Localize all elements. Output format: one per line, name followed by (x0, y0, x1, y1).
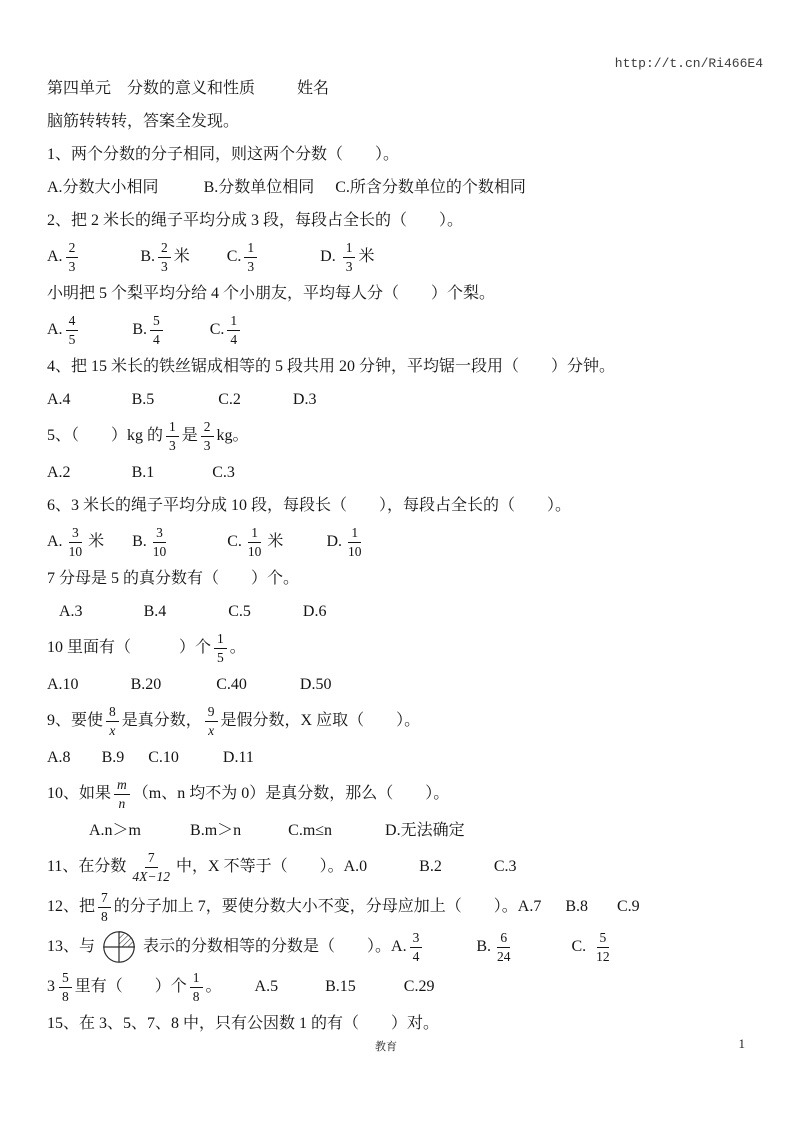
text-run: D. (326, 532, 342, 552)
text-run: A. (47, 532, 63, 552)
fraction: 310 (66, 525, 86, 558)
text-run: 米 (358, 247, 374, 267)
question-2: 2、把 2 米长的绳子平均分成 3 段，每段占全长的（ ）。 (47, 204, 757, 237)
spacer (79, 684, 131, 685)
text-run: B.20 (131, 675, 162, 695)
fraction: 15 (214, 631, 227, 664)
text-run: B. (140, 247, 155, 267)
fraction-denominator: n (116, 795, 129, 811)
text-run: 。 (206, 977, 222, 997)
question-9-options: A.8B.9C.10D.11 (47, 741, 757, 774)
fraction-numerator: 2 (66, 240, 79, 257)
fraction-numerator: 9 (205, 704, 218, 721)
text-run: D.50 (300, 675, 332, 695)
text-run: D. (320, 247, 340, 267)
fraction-numerator: 5 (59, 970, 72, 987)
page-footer: 教育 1 (47, 1036, 763, 1060)
text-run: B.1 (132, 463, 155, 483)
fraction: 45 (66, 313, 79, 346)
fraction: 9x (205, 704, 218, 737)
text-run: B.9 (102, 748, 125, 768)
question-11: 11、在分数74X−12中，X 不等于（ ）。A.0B.2C.3 (47, 847, 757, 887)
spacer (241, 830, 288, 831)
fraction-numerator: 7 (145, 850, 158, 867)
text-run: 9、要使 (47, 711, 103, 731)
spacer (278, 987, 325, 988)
text-run: B.5 (132, 390, 155, 410)
text-run: 里有（ ）个 (75, 977, 187, 997)
fraction-denominator: 4 (227, 331, 240, 347)
spacer (332, 830, 385, 831)
question-3-options: A.45B.54C.14 (47, 310, 757, 350)
fraction: mn (114, 777, 130, 810)
spacer (161, 684, 216, 685)
text-run: A.3 (59, 602, 83, 622)
text-run: C.m≤n (288, 821, 332, 841)
text-run: B. (476, 937, 491, 957)
fraction-denominator: 24 (494, 948, 514, 964)
spacer (154, 399, 218, 400)
text-run: C. (572, 937, 591, 957)
fraction: 8x (106, 704, 119, 737)
question-7-options: A.3B.4C.5D.6 (47, 595, 757, 628)
mixed-number: 358 (47, 970, 75, 1003)
fraction-denominator: 3 (158, 258, 171, 274)
text-run: B.4 (144, 602, 167, 622)
fraction-denominator: 12 (593, 948, 613, 964)
fraction-denominator: 3 (244, 258, 257, 274)
fraction: 18 (190, 970, 203, 1003)
spacer (517, 947, 572, 948)
question-3: 小明把 5 个梨平均分给 4 个小朋友，平均每人分（ ）个梨。 (47, 277, 757, 310)
text-run: B.m＞n (190, 821, 241, 841)
spacer (260, 257, 320, 258)
fraction-numerator: 6 (497, 930, 510, 947)
circle-fraction-diagram (100, 929, 138, 965)
fraction-numerator: 1 (190, 970, 203, 987)
fraction-numerator: 1 (343, 240, 356, 257)
fraction: 14 (227, 313, 240, 346)
question-5: 5、（ ）kg 的13是23kg。 (47, 416, 757, 456)
spacer (71, 472, 132, 473)
fraction-numerator: 1 (248, 525, 261, 542)
fraction: 34 (410, 930, 423, 963)
question-4-options: A.4B.5C.2D.3 (47, 383, 757, 416)
text-run: C.所含分数单位的个数相同 (335, 178, 526, 198)
spacer (247, 684, 300, 685)
fraction-denominator: 10 (150, 543, 170, 559)
text-run: 中，X 不等于（ ）。A.0 (176, 857, 367, 877)
fraction-denominator: x (106, 722, 118, 738)
fraction: 110 (345, 525, 365, 558)
fraction: 512 (593, 930, 613, 963)
question-14: 358里有（ ）个18。A.5B.15C.29 (47, 967, 757, 1007)
text-run: A.2 (47, 463, 71, 483)
text-run: C. (210, 320, 225, 340)
text-run: B.15 (325, 977, 356, 997)
text-run: 是 (182, 426, 198, 446)
text-run: 的分子加上 7，要使分数大小不变，分母应加上（ ）。A.7 (114, 897, 542, 917)
fraction-denominator: 3 (166, 437, 179, 453)
spacer (222, 987, 255, 988)
fraction-denominator: 8 (190, 988, 203, 1004)
text-run: 10 里面有（ ）个 (47, 638, 211, 658)
text-run: 米 (88, 532, 104, 552)
fraction-numerator: 3 (153, 525, 166, 542)
text-run: 小明把 5 个梨平均分给 4 个小朋友，平均每人分（ ）个梨。 (47, 284, 495, 304)
text-run: 4、把 15 米长的铁丝锯成相等的 5 段共用 20 分钟，平均锯一段用（ ）分… (47, 357, 615, 377)
fraction: 13 (166, 419, 179, 452)
fraction: 78 (98, 890, 111, 923)
spacer (124, 757, 148, 758)
spacer (179, 757, 223, 758)
fraction-numerator: 5 (597, 930, 610, 947)
question-6-options: A.310米B.310C.110米D.110 (47, 522, 757, 562)
fraction-denominator: 3 (343, 258, 356, 274)
question-2-options: A.23B.23米C.13D. 13米 (47, 237, 757, 277)
text-run: A. (47, 247, 63, 267)
text-run: C.3 (494, 857, 517, 877)
text-run: 第四单元 分数的意义和性质 (47, 79, 255, 99)
fraction-numerator: 3 (69, 525, 82, 542)
question-8-options: A.10B.20C.40D.50 (47, 668, 757, 701)
text-run: 7 分母是 5 的真分数有（ ）个。 (47, 569, 299, 589)
question-7: 7 分母是 5 的真分数有（ ）个。 (47, 562, 757, 595)
fraction-numerator: 2 (201, 419, 214, 436)
spacer (255, 88, 297, 89)
text-run: A.8 (47, 748, 71, 768)
spacer (283, 542, 326, 543)
question-4: 4、把 15 米长的铁丝锯成相等的 5 段共用 20 分钟，平均锯一段用（ ）分… (47, 350, 757, 383)
text-run: C. (227, 532, 242, 552)
fraction-denominator: 10 (345, 543, 365, 559)
fraction-numerator: m (114, 777, 130, 794)
fraction: 13 (343, 240, 356, 273)
fraction: 23 (201, 419, 214, 452)
question-8: 10 里面有（ ）个15。 (47, 628, 757, 668)
fraction-numerator: 1 (166, 419, 179, 436)
text-run: 1、两个分数的分子相同，则这两个分数（ ）。 (47, 145, 399, 165)
footer-label: 教育 (375, 1038, 397, 1054)
fraction-denominator: 4 (150, 331, 163, 347)
spacer (154, 472, 212, 473)
spacer (251, 611, 303, 612)
question-10: 10、如果mn（m、n 均不为 0）是真分数，那么（ ）。 (47, 774, 757, 814)
short-url-watermark: http://t.cn/Ri466E4 (615, 56, 763, 71)
fraction-denominator: x (205, 722, 217, 738)
spacer (241, 399, 293, 400)
text-run: B. (132, 320, 147, 340)
fraction-numerator: 1 (214, 631, 227, 648)
text-run: 10、如果 (47, 784, 111, 804)
circle-fraction-svg (100, 929, 138, 965)
text-run: C.29 (404, 977, 435, 997)
spacer (367, 867, 419, 868)
fraction-denominator: 8 (59, 988, 72, 1004)
spacer (314, 187, 335, 188)
fraction-denominator: 8 (98, 908, 111, 924)
text-run: D.3 (293, 390, 317, 410)
text-run: 12、把 (47, 897, 95, 917)
fraction-denominator: 3 (201, 437, 214, 453)
text-run: A.4 (47, 390, 71, 410)
fraction: 23 (158, 240, 171, 273)
spacer (588, 907, 617, 908)
text-run: A.分数大小相同 (47, 178, 159, 198)
text-run: A.5 (255, 977, 279, 997)
text-run: 米 (174, 247, 190, 267)
spacer (141, 830, 190, 831)
fraction-numerator: 1 (348, 525, 361, 542)
text-run: A.10 (47, 675, 79, 695)
fraction: 110 (245, 525, 265, 558)
worksheet-page: http://t.cn/Ri466E4 第四单元 分数的意义和性质姓名脑筋转转转… (0, 0, 793, 1122)
text-run: 5、（ ）kg 的 (47, 426, 163, 446)
text-run: D.11 (223, 748, 254, 768)
text-run: 6、3 米长的绳子平均分成 10 段，每段长（ ），每段占全长的（ ）。 (47, 496, 571, 516)
fraction: 54 (150, 313, 163, 346)
question-1: 1、两个分数的分子相同，则这两个分数（ ）。 (47, 138, 757, 171)
fraction-numerator: 7 (98, 890, 111, 907)
text-run: 姓名 (297, 79, 329, 99)
mixed-number-whole: 3 (47, 977, 55, 997)
text-run: B.分数单位相同 (204, 178, 315, 198)
text-run: D.无法确定 (385, 821, 465, 841)
fraction-denominator: 5 (66, 331, 79, 347)
fraction-numerator: 1 (244, 240, 257, 257)
fraction-denominator: 3 (66, 258, 79, 274)
text-run: 13、与 (47, 937, 95, 957)
text-run: 表示的分数相等的分数是（ ）。A. (143, 937, 407, 957)
spacer (71, 757, 102, 758)
text-run: 是真分数， (122, 711, 202, 731)
text-run: C.40 (216, 675, 247, 695)
question-9: 9、要使8x是真分数，9x是假分数，X 应取（ ）。 (47, 701, 757, 741)
text-run: A. (47, 320, 63, 340)
fraction: 74X−12 (129, 850, 173, 883)
title-line: 第四单元 分数的意义和性质姓名 (47, 72, 757, 105)
fraction: 13 (244, 240, 257, 273)
question-13: 13、与表示的分数相等的分数是（ ）。A.34B.624C. 512 (47, 927, 757, 967)
text-run: C.10 (148, 748, 179, 768)
spacer (71, 399, 132, 400)
text-run: B.8 (565, 897, 588, 917)
question-5-options: A.2B.1C.3 (47, 456, 757, 489)
text-run: B.2 (419, 857, 442, 877)
spacer (83, 611, 144, 612)
text-run: （m、n 均不为 0）是真分数，那么（ ）。 (133, 784, 449, 804)
fraction: 624 (494, 930, 514, 963)
spacer (81, 330, 132, 331)
text-run: 。 (230, 638, 246, 658)
spacer (159, 187, 204, 188)
text-run: C.3 (212, 463, 235, 483)
question-1-options: A.分数大小相同B.分数单位相同C.所含分数单位的个数相同 (47, 171, 757, 204)
fraction-numerator: 8 (106, 704, 119, 721)
text-run: C.9 (617, 897, 640, 917)
spacer (190, 257, 227, 258)
text-run: 是假分数，X 应取（ ）。 (221, 711, 421, 731)
fraction-denominator: 4X−12 (129, 868, 173, 884)
spacer (442, 867, 494, 868)
spacer (541, 907, 565, 908)
text-run: C.2 (218, 390, 241, 410)
fraction-denominator: 4 (410, 948, 423, 964)
page-number: 1 (739, 1036, 746, 1052)
text-run: 2、把 2 米长的绳子平均分成 3 段，每段占全长的（ ）。 (47, 211, 463, 231)
text-run: C.5 (228, 602, 251, 622)
fraction-numerator: 3 (410, 930, 423, 947)
document-content: 第四单元 分数的意义和性质姓名脑筋转转转，答案全发现。1、两个分数的分子相同，则… (47, 72, 757, 1040)
fraction-numerator: 5 (150, 313, 163, 330)
fraction-numerator: 4 (66, 313, 79, 330)
text-run: 脑筋转转转，答案全发现。 (47, 112, 239, 132)
text-run: kg。 (217, 426, 249, 446)
text-run: 11、在分数 (47, 857, 126, 877)
spacer (166, 330, 210, 331)
text-run: B. (132, 532, 147, 552)
text-run: 15、在 3、5、7、8 中，只有公因数 1 的有（ ）对。 (47, 1014, 439, 1034)
fraction: 310 (150, 525, 170, 558)
text-run: A.n＞m (89, 821, 141, 841)
fraction-denominator: 10 (245, 543, 265, 559)
fraction-denominator: 5 (214, 649, 227, 665)
intro-line: 脑筋转转转，答案全发现。 (47, 105, 757, 138)
spacer (172, 542, 227, 543)
question-6: 6、3 米长的绳子平均分成 10 段，每段长（ ），每段占全长的（ ）。 (47, 489, 757, 522)
spacer (356, 987, 404, 988)
spacer (81, 257, 140, 258)
fraction: 23 (66, 240, 79, 273)
fraction-numerator: 2 (158, 240, 171, 257)
spacer (425, 947, 476, 948)
fraction-numerator: 1 (227, 313, 240, 330)
spacer (104, 542, 132, 543)
question-10-options: A.n＞mB.m＞nC.m≤nD.无法确定 (47, 814, 757, 847)
question-12: 12、把78的分子加上 7，要使分数大小不变，分母应加上（ ）。A.7B.8C.… (47, 887, 757, 927)
text-run: 米 (267, 532, 283, 552)
fraction-denominator: 10 (66, 543, 86, 559)
text-run: D.6 (303, 602, 327, 622)
text-run: C. (227, 247, 242, 267)
spacer (166, 611, 228, 612)
fraction: 58 (59, 970, 72, 1003)
